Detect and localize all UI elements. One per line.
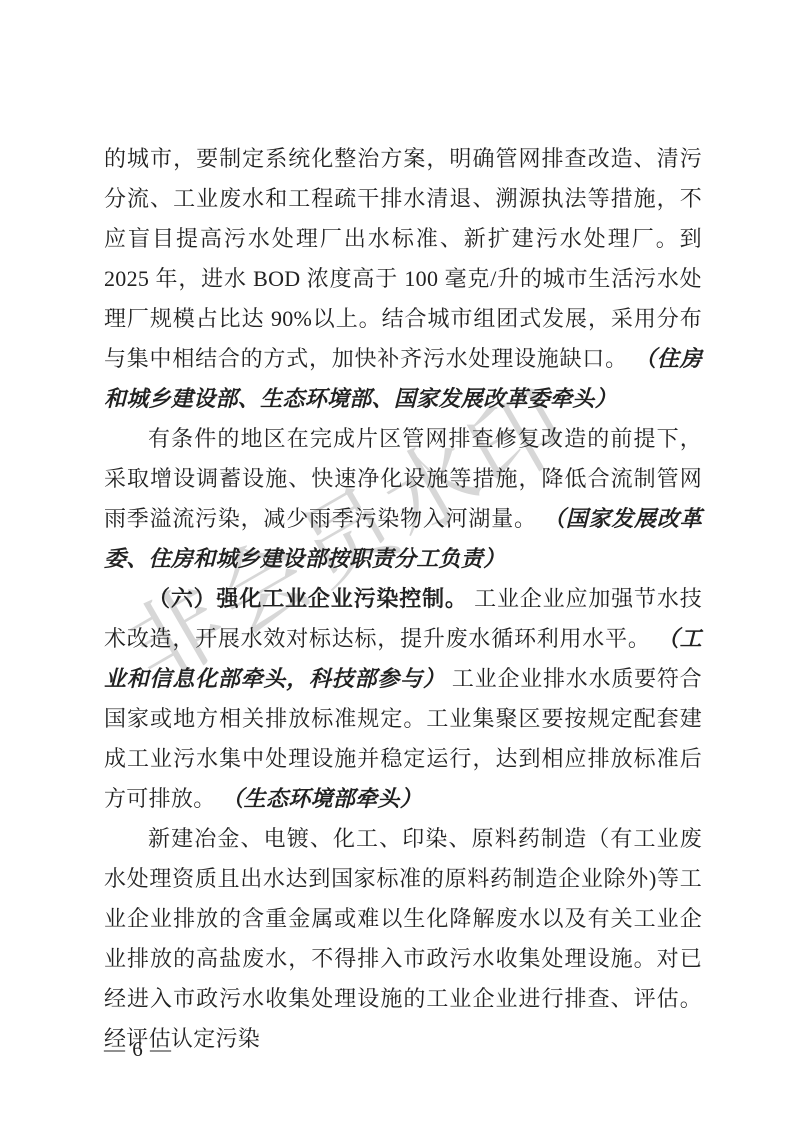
body-text: 的城市，要制定系统化整治方案，明确管网排查改造、清污分流、工业废水和工程疏干排水… bbox=[104, 146, 702, 371]
document-body: 的城市，要制定系统化整治方案，明确管网排查改造、清污分流、工业废水和工程疏干排水… bbox=[104, 139, 702, 1059]
paragraph-overflow-control: 有条件的地区在完成片区管网排查修复改造的前提下，采取增设调蓄设施、快速净化设施等… bbox=[104, 419, 702, 579]
document-page: 非会员水印 的城市，要制定系统化整治方案，明确管网排查改造、清污分流、工业废水和… bbox=[0, 0, 794, 1123]
responsibility-note: （生态环境部牵头） bbox=[221, 786, 422, 811]
paragraph-continuation: 的城市，要制定系统化整治方案，明确管网排查改造、清污分流、工业废水和工程疏干排水… bbox=[104, 139, 702, 419]
paragraph-industrial-wastewater: 新建冶金、电镀、化工、印染、原料药制造（有工业废水处理资质且出水达到国家标准的原… bbox=[104, 819, 702, 1059]
body-text: 新建冶金、电镀、化工、印染、原料药制造（有工业废水处理资质且出水达到国家标准的原… bbox=[104, 826, 702, 1051]
page-number: — 6 — bbox=[104, 1036, 172, 1062]
paragraph-section-six: （六）强化工业企业污染控制。 工业企业应加强节水技术改造，开展水效对标达标，提升… bbox=[104, 579, 702, 819]
section-heading: （六）强化工业企业污染控制。 bbox=[148, 586, 468, 611]
